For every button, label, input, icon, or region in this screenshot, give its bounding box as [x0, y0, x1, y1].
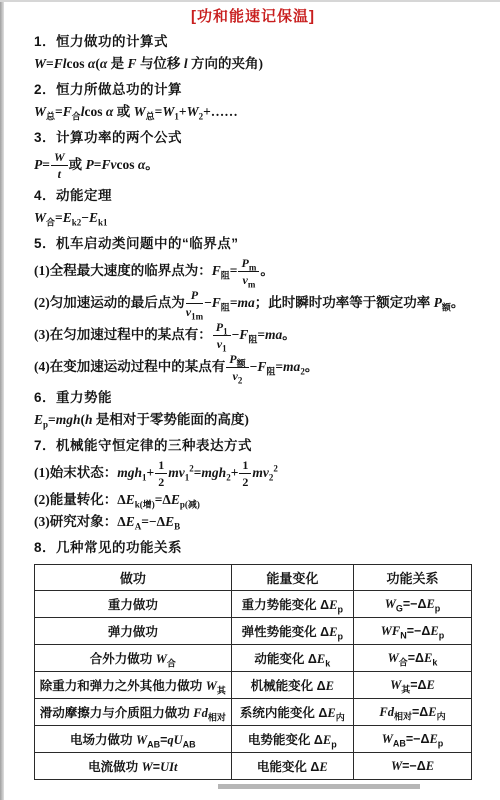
formula-kinetic-energy-theorem: W合=Ek2−Ek1 — [34, 208, 472, 228]
table-cell: 重力做功 — [35, 591, 232, 618]
table-cell: 弹力做功 — [35, 618, 232, 645]
document-content: [功和能速记保温] 1．恒力做功的计算式 W=Flcos α(α 是 F 与位移… — [0, 0, 500, 780]
table-cell: 除重力和弹力之外其他力做功 W其 — [35, 672, 232, 699]
formula-energy-conservation-1: (1)始末状态：mgh1+12mv12=mgh2+12mv22 — [34, 458, 472, 488]
table-cell: W其=ΔE — [354, 672, 472, 699]
table-row: 重力做功 重力势能变化 ΔEp WG=−ΔEp — [35, 591, 472, 618]
table-cell: Fd相对=ΔE内 — [354, 699, 472, 726]
section-heading-3: 3．计算功率的两个公式 — [34, 127, 472, 148]
table-row: 电场力做功 WAB=qUAB 电势能变化 ΔEp WAB=−ΔEp — [35, 726, 472, 753]
document-page: [功和能速记保温] 1．恒力做功的计算式 W=Flcos α(α 是 F 与位移… — [0, 0, 500, 800]
formula-energy-conservation-3: (3)研究对象：ΔEA=−ΔEB — [34, 512, 472, 532]
table-cell: 系统内能变化 ΔE内 — [231, 699, 353, 726]
table-row: 电流做功 W=UIt 电能变化 ΔE W=−ΔE — [35, 753, 472, 780]
table-cell: 重力势能变化 ΔEp — [231, 591, 353, 618]
formula-total-work: W总=F合lcos α 或 W总=W1+W2+…… — [34, 102, 472, 122]
section-heading-5: 5．机车启动类问题中的“临界点” — [34, 233, 472, 254]
table-cell: 电流做功 W=UIt — [35, 753, 232, 780]
table-cell: 滑动摩擦力与介质阻力做功 Fd相对 — [35, 699, 232, 726]
scan-top-edge — [0, 0, 500, 2]
formula-work-constant-force: W=Flcos α(α 是 F 与位移 l 方向的夹角) — [34, 54, 472, 74]
section-heading-8: 8．几种常见的功能关系 — [34, 537, 472, 558]
formula-gravitational-pe: Ep=mgh(h 是相对于零势能面的高度) — [34, 410, 472, 430]
section-heading-7: 7．机械能守恒定律的三种表达方式 — [34, 435, 472, 456]
formula-critical-point-2: (2)匀加速运动的最后点为Pv1m−F阻=ma；此时瞬时功率等于额定功率 P额。 — [34, 288, 472, 318]
table-cell: 动能变化 ΔEk — [231, 645, 353, 672]
table-cell: WAB=−ΔEp — [354, 726, 472, 753]
section-heading-1: 1．恒力做功的计算式 — [34, 31, 472, 52]
table-header-work: 做功 — [35, 565, 232, 591]
table-cell: 电能变化 ΔE — [231, 753, 353, 780]
formula-power: P=Wt或 P=Fvcos α。 — [34, 150, 472, 180]
table-header-relation: 功能关系 — [354, 565, 472, 591]
formula-critical-point-4: (4)在变加速运动过程中的某点有P额v2−F阻=ma2。 — [34, 352, 472, 382]
scan-smudge-artifact — [218, 784, 420, 789]
table-row: 除重力和弹力之外其他力做功 W其 机械能变化 ΔE W其=ΔE — [35, 672, 472, 699]
section-heading-6: 6．重力势能 — [34, 387, 472, 408]
table-header-row: 做功 能量变化 功能关系 — [35, 565, 472, 591]
formula-critical-point-1: (1)全程最大速度的临界点为：F阻=Pmvm。 — [34, 256, 472, 286]
table-cell: W合=ΔEk — [354, 645, 472, 672]
section-heading-2: 2．恒力所做总功的计算 — [34, 79, 472, 100]
formula-critical-point-3: (3)在匀加速过程中的某点有：P1v1−F阻=ma。 — [34, 320, 472, 350]
work-energy-table: 做功 能量变化 功能关系 重力做功 重力势能变化 ΔEp WG=−ΔEp 弹力做… — [34, 564, 472, 780]
table-cell: 机械能变化 ΔE — [231, 672, 353, 699]
table-cell: WG=−ΔEp — [354, 591, 472, 618]
table-row: 弹力做功 弹性势能变化 ΔEp WFN=−ΔEp — [35, 618, 472, 645]
table-cell: W=−ΔE — [354, 753, 472, 780]
table-cell: 弹性势能变化 ΔEp — [231, 618, 353, 645]
formula-energy-conservation-2: (2)能量转化：ΔEk(增)=ΔEp(减) — [34, 490, 472, 510]
table-cell: 电场力做功 WAB=qUAB — [35, 726, 232, 753]
table-row: 滑动摩擦力与介质阻力做功 Fd相对 系统内能变化 ΔE内 Fd相对=ΔE内 — [35, 699, 472, 726]
scan-left-edge — [0, 0, 4, 800]
table-cell: WFN=−ΔEp — [354, 618, 472, 645]
table-header-energy-change: 能量变化 — [231, 565, 353, 591]
section-heading-4: 4．动能定理 — [34, 185, 472, 206]
table-row: 合外力做功 W合 动能变化 ΔEk W合=ΔEk — [35, 645, 472, 672]
table-cell: 电势能变化 ΔEp — [231, 726, 353, 753]
table-cell: 合外力做功 W合 — [35, 645, 232, 672]
page-title: [功和能速记保温] — [34, 8, 472, 26]
